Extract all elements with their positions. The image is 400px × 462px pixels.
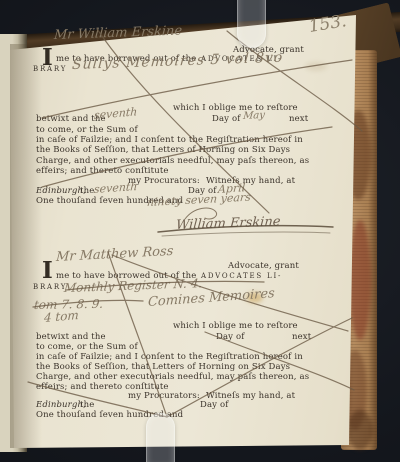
printed-advocate-grant: Advocate, grant (228, 262, 299, 271)
printed-oblige: which I oblige me to reſtore (173, 322, 298, 331)
printed-failzie: in caſe of Failzie; and I conſent to the… (36, 136, 303, 145)
printed-charge: Charge, and other executorials needful, … (36, 157, 309, 166)
borrower-signature: William Erskine (176, 215, 281, 232)
printed-initial: I (42, 259, 53, 282)
printed-charge: Charge, and other executorials needful, … (36, 373, 309, 382)
printed-failzie: in caſe of Failzie; and I conſent to the… (36, 353, 303, 362)
printed-day-of: Day of (200, 401, 229, 410)
acrylic-page-holder-bottom (146, 413, 175, 462)
printed-procurators: my Procurators: (128, 392, 200, 401)
acrylic-page-holder-top (237, 0, 266, 48)
printed-to-come: to come, or the Sum of (36, 126, 138, 135)
printed-oblige: which I oblige me to reſtore (173, 104, 298, 113)
printed-next: next (289, 115, 308, 124)
printed-the: the (80, 401, 94, 410)
printed-day-of: Day of (216, 333, 245, 342)
printed-the: the (80, 187, 94, 196)
printed-library-caps: ADVOCATES LI- (201, 273, 282, 280)
printed-betwixt: betwixt and the (36, 333, 106, 342)
printed-effeirs: effeirs; and thereto conſtitute (36, 167, 169, 176)
printed-brary: BRARY (33, 66, 67, 73)
printed-edinburgh: Edinburgh, (36, 187, 86, 196)
printed-procurators: my Procurators: (128, 177, 200, 186)
printed-next: next (292, 333, 311, 342)
photo-of-ledger-page: 153. I Mr William Erskine Advocate, gran… (0, 0, 400, 462)
due-month: May (243, 111, 266, 122)
printed-witness: Witneſs my hand, at (206, 392, 295, 401)
printed-books-session: the Books of Seſſion, that Letters of Ho… (36, 363, 290, 372)
printed-effeirs: effeirs; and thereto conſtitute (36, 383, 169, 392)
faint-stain (305, 62, 327, 71)
printed-day-of: Day of (212, 115, 241, 124)
printed-edinburgh: Edinburgh, (36, 401, 86, 410)
printed-books-session: the Books of Seſſion, that Letters of Ho… (36, 146, 290, 155)
printed-brary: BRARY (33, 284, 67, 291)
fore-edge-mottling (347, 410, 373, 450)
date-day: seventh (94, 181, 138, 195)
borrowed-books-volumes: 4 tom (44, 309, 79, 324)
printed-to-come: to come, or the Sum of (36, 343, 138, 352)
